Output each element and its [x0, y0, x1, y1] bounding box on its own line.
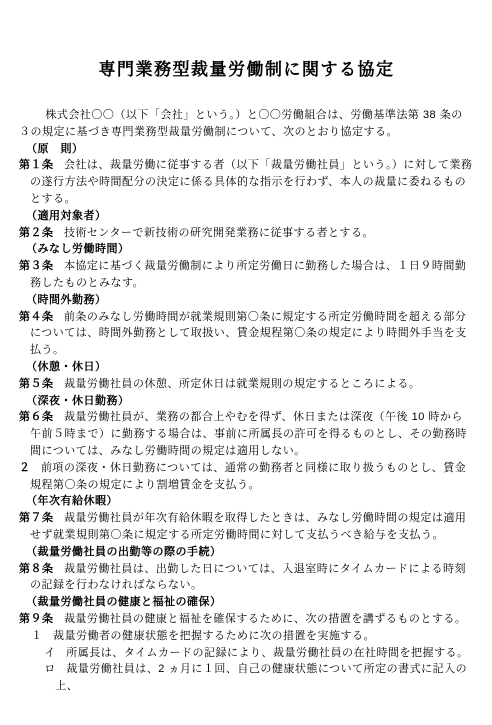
article-7-text: 裁量労働社員が年次有給休暇を取得したときは、みなし労働時間の規定は適用せず就業規… — [30, 512, 466, 541]
section-heading-overtime: （時間外勤務） — [19, 292, 474, 309]
article-6-paragraph-2: ２前項の深夜・休日勤務については、通常の勤務者と同様に取り扱うものとし、賃金規程… — [19, 460, 474, 494]
article-1-label: 第１条 — [19, 159, 54, 171]
article-6: 第６条裁量労働社員が、業務の都合上やむを得ず、休日または深夜（午後 10 時から… — [19, 409, 474, 459]
article-9-item-1-i: イ所属長は、タイムカードの記録により、裁量労働社員の在社時間を把握する。 — [19, 645, 474, 662]
article-9-label: 第９条 — [19, 613, 54, 625]
article-5-text: 裁量労働社員の休憩、所定休日は就業規則の規定するところによる。 — [64, 378, 421, 390]
preamble-paragraph: 株式会社〇〇（以下「会社」という。）と〇〇労働組合は、労働基準法第 38 条の３… — [19, 107, 474, 141]
section-heading-scope: （適用対象者） — [19, 208, 474, 225]
section-heading-health-welfare: （裁量労働社員の健康と福祉の確保） — [19, 594, 474, 611]
section-heading-annual-leave: （年次有給休暇） — [19, 493, 474, 510]
article-1: 第１条会社は、裁量労働に従事する者（以下「裁量労働社員」という。）に対して業務の… — [19, 157, 474, 207]
section-heading-night-holiday-work: （深夜・休日勤務） — [19, 393, 474, 410]
article-2-label: 第２条 — [19, 227, 54, 239]
section-heading-attendance-procedure: （裁量労働社員の出勤等の際の手続） — [19, 544, 474, 561]
article-6-paragraph-2-label: ２ — [19, 462, 31, 474]
article-9-item-1-label: １ — [31, 630, 43, 642]
article-8-label: 第８条 — [19, 563, 54, 575]
article-4-text: 前条のみなし労働時間が就業規則第〇条に規定する所定労働時間を超える部分については… — [30, 311, 467, 357]
section-heading-deemed-hours: （みなし労働時間） — [19, 241, 474, 258]
article-2-text: 技術センターで新技術の研究開発業務に従事する者とする。 — [64, 227, 374, 239]
article-7: 第７条裁量労働社員が年次有給休暇を取得したときは、みなし労働時間の規定は適用せず… — [19, 510, 474, 544]
article-6-label: 第６条 — [19, 411, 54, 423]
article-9-item-1-ro-label: ロ — [44, 663, 56, 675]
article-9-item-1-ro: ロ裁量労働社員は、2 ヵ月に１回、自己の健康状態について所定の書式に記入の上、 — [19, 661, 474, 695]
article-9-item-1-i-label: イ — [44, 647, 56, 659]
article-8-text: 裁量労働社員は、出勤した日については、入退室時にタイムカードによる時刻の記録を行… — [30, 563, 466, 592]
article-3: 第３条本協定に基づく裁量労働制により所定労働日に勤務した場合は、１日９時間勤務し… — [19, 258, 474, 292]
article-9-item-1-ro-text: 裁量労働社員は、2 ヵ月に１回、自己の健康状態について所定の書式に記入の上、 — [55, 663, 467, 692]
article-6-text: 裁量労働社員が、業務の都合上やむを得ず、休日または深夜（午後 10 時から午前５… — [30, 411, 467, 457]
document-page: 専門業務型裁量労働制に関する協定 株式会社〇〇（以下「会社」という。）と〇〇労働… — [0, 0, 492, 725]
article-8: 第８条裁量労働社員は、出勤した日については、入退室時にタイムカードによる時刻の記… — [19, 561, 474, 595]
article-5-label: 第５条 — [19, 378, 54, 390]
article-9-item-1-i-text: 所属長は、タイムカードの記録により、裁量労働社員の在社時間を把握する。 — [66, 647, 468, 659]
article-2: 第２条技術センターで新技術の研究開発業務に従事する者とする。 — [19, 225, 474, 242]
article-9-item-1-text: 裁量労働者の健康状態を把握するために次の措置を実施する。 — [53, 630, 375, 642]
article-6-paragraph-2-text: 前項の深夜・休日勤務については、通常の勤務者と同様に取り扱うものとし、賃金規程第… — [30, 462, 466, 491]
article-3-text: 本協定に基づく裁量労働制により所定労働日に勤務した場合は、１日９時間勤務したもの… — [30, 260, 466, 289]
article-4-label: 第４条 — [19, 311, 54, 323]
section-heading-principle: （原 則） — [19, 141, 474, 158]
article-9-item-1: １裁量労働者の健康状態を把握するために次の措置を実施する。 — [19, 628, 474, 645]
article-9: 第９条裁量労働社員の健康と福祉を確保するために、次の措置を講ずるものとする。 — [19, 611, 474, 628]
article-9-text: 裁量労働社員の健康と福祉を確保するために、次の措置を講ずるものとする。 — [64, 613, 467, 625]
document-title: 専門業務型裁量労働制に関する協定 — [19, 60, 474, 80]
article-5: 第５条裁量労働社員の休憩、所定休日は就業規則の規定するところによる。 — [19, 376, 474, 393]
article-1-text: 会社は、裁量労働に従事する者（以下「裁量労働社員」という。）に対して業務の遂行方… — [30, 159, 472, 205]
section-heading-rest-holiday: （休憩・休日） — [19, 359, 474, 376]
article-3-label: 第３条 — [19, 260, 54, 272]
article-7-label: 第７条 — [19, 512, 54, 524]
article-4: 第４条前条のみなし労働時間が就業規則第〇条に規定する所定労働時間を超える部分につ… — [19, 309, 474, 359]
